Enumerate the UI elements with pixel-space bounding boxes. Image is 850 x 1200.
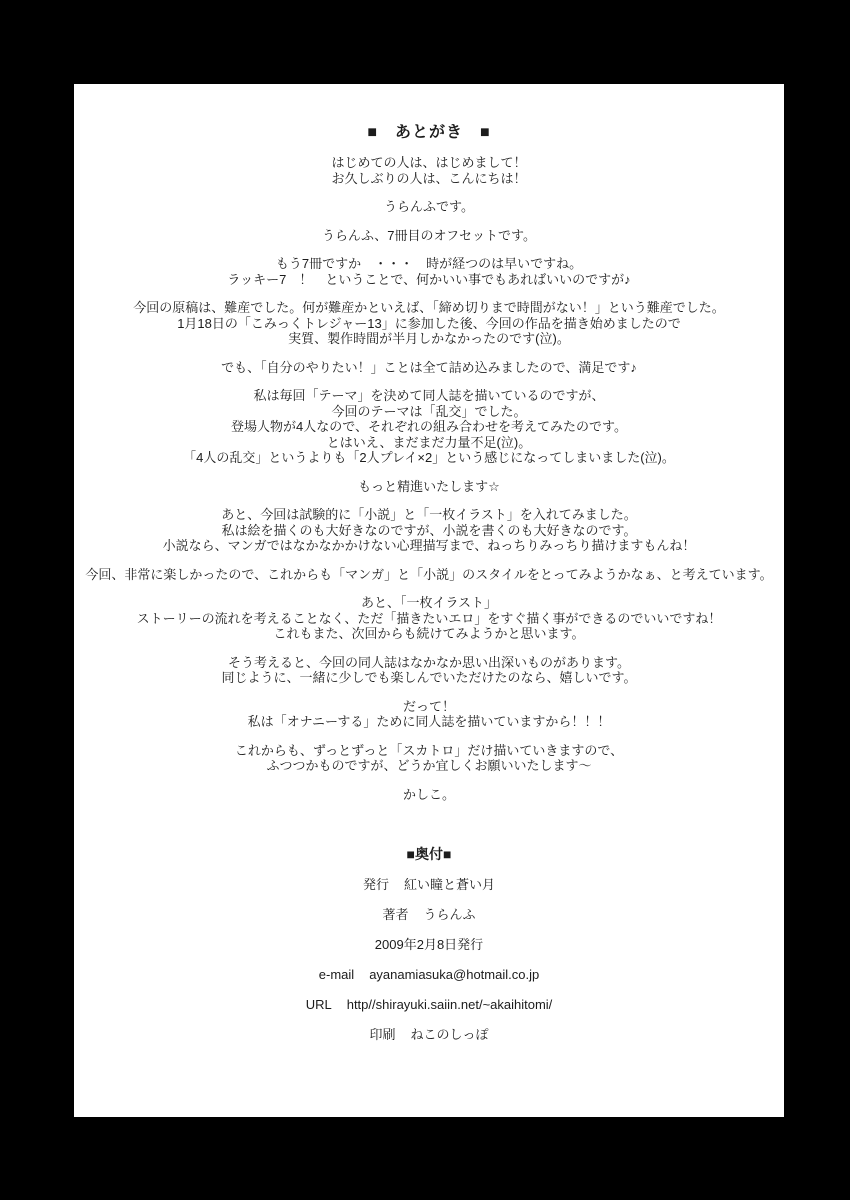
text-line: 今回のテーマは「乱交」でした。 xyxy=(74,404,784,420)
text-line: あと、「一枚イラスト」 xyxy=(74,595,784,611)
paragraph: 今回、非常に楽しかったので、これからも「マンガ」と「小説」のスタイルをとってみよ… xyxy=(74,567,784,583)
colophon-label: e-mail xyxy=(319,967,354,982)
paragraph: 私は毎回「テーマ」を決めて同人誌を描いているのですが、今回のテーマは「乱交」でし… xyxy=(74,388,784,466)
paragraph: だって！私は「オナニーする」ために同人誌を描いていますから！！！ xyxy=(74,699,784,730)
text-line: とはいえ、まだまだ力量不足(泣)。 xyxy=(74,435,784,451)
text-line: うらんふです。 xyxy=(74,199,784,215)
afterword-page: ■ あとがき ■ はじめての人は、はじめまして！お久しぶりの人は、こんにちは！う… xyxy=(74,84,784,1117)
colophon-row: 発行紅い瞳と蒼い月 xyxy=(74,877,784,892)
colophon-row: 印刷ねこのしっぽ xyxy=(74,1027,784,1042)
colophon-value: 2009年2月8日発行 xyxy=(375,937,483,952)
text-line: ふつつかものですが、どうか宜しくお願いいたします～ xyxy=(74,758,784,774)
colophon-row: 著者うらんふ xyxy=(74,907,784,922)
text-line: 登場人物が4人なので、それぞれの組み合わせを考えてみたのです。 xyxy=(74,419,784,435)
paragraph: これからも、ずっとずっと「スカトロ」だけ描いていきますので、ふつつかものですが、… xyxy=(74,743,784,774)
text-line: はじめての人は、はじめまして！ xyxy=(74,155,784,171)
colophon-label: 著者 xyxy=(382,907,408,922)
text-line: ラッキー7 ！ ということで、何かいい事でもあればいいのですが♪ xyxy=(74,272,784,288)
colophon-row: e-mailayanamiasuka@hotmail.co.jp xyxy=(74,967,784,982)
text-line: 今回、非常に楽しかったので、これからも「マンガ」と「小説」のスタイルをとってみよ… xyxy=(74,567,784,583)
colophon-value: http//shirayuki.saiin.net/~akaihitomi/ xyxy=(347,997,553,1012)
colophon-label: URL xyxy=(306,997,332,1012)
paragraph: でも、「自分のやりたい！」ことは全て詰め込みましたので、満足です♪ xyxy=(74,360,784,376)
colophon-row: 2009年2月8日発行 xyxy=(74,937,784,952)
text-line: うらんふ、7冊目のオフセットです。 xyxy=(74,228,784,244)
text-line: 同じように、一緒に少しでも楽しんでいただけたのなら、嬉しいです。 xyxy=(74,670,784,686)
paragraph: もう7冊ですか ・・・ 時が経つのは早いですね。ラッキー7 ！ ということで、何… xyxy=(74,256,784,287)
paragraph: もっと精進いたします☆ xyxy=(74,479,784,495)
text-line: そう考えると、今回の同人誌はなかなか思い出深いものがあります。 xyxy=(74,655,784,671)
paragraph: 今回の原稿は、難産でした。何が難産かといえば、「締め切りまで時間がない！」という… xyxy=(74,300,784,347)
text-line: もう7冊ですか ・・・ 時が経つのは早いですね。 xyxy=(74,256,784,272)
text-line: 私は「オナニーする」ために同人誌を描いていますから！！！ xyxy=(74,714,784,730)
text-line: お久しぶりの人は、こんにちは！ xyxy=(74,171,784,187)
text-line: これからも、ずっとずっと「スカトロ」だけ描いていきますので、 xyxy=(74,743,784,759)
text-line: あと、今回は試験的に「小説」と「一枚イラスト」を入れてみました。 xyxy=(74,507,784,523)
text-line: 私は毎回「テーマ」を決めて同人誌を描いているのですが、 xyxy=(74,388,784,404)
paragraph: そう考えると、今回の同人誌はなかなか思い出深いものがあります。同じように、一緒に… xyxy=(74,655,784,686)
text-line: 「4人の乱交」というよりも「2人プレイ×2」という感じになってしまいました(泣)… xyxy=(74,450,784,466)
text-line: これもまた、次回からも続けてみようかと思います。 xyxy=(74,626,784,642)
colophon-rows: 発行紅い瞳と蒼い月著者うらんふ2009年2月8日発行e-mailayanamia… xyxy=(74,877,784,1042)
text-line: 1月18日の「こみっくトレジャー13」に参加した後、今回の作品を描き始めましたの… xyxy=(74,316,784,332)
paragraph: うらんふ、7冊目のオフセットです。 xyxy=(74,228,784,244)
colophon-row: URLhttp//shirayuki.saiin.net/~akaihitomi… xyxy=(74,997,784,1012)
text-line: だって！ xyxy=(74,699,784,715)
afterword-title: ■ あとがき ■ xyxy=(74,124,784,142)
text-line: 今回の原稿は、難産でした。何が難産かといえば、「締め切りまで時間がない！」という… xyxy=(74,300,784,316)
text-line: 実質、製作時間が半月しかなかったのです(泣)。 xyxy=(74,331,784,347)
colophon-section: ■奥付■ 発行紅い瞳と蒼い月著者うらんふ2009年2月8日発行e-mailaya… xyxy=(74,846,784,1042)
text-line: 私は絵を描くのも大好きなのですが、小説を書くのも大好きなのです。 xyxy=(74,523,784,539)
paragraph: はじめての人は、はじめまして！お久しぶりの人は、こんにちは！ xyxy=(74,155,784,186)
colophon-label: 発行 xyxy=(363,877,389,892)
afterword-body: はじめての人は、はじめまして！お久しぶりの人は、こんにちは！うらんふです。うらん… xyxy=(74,155,784,802)
text-line: かしこ。 xyxy=(74,787,784,803)
text-line: もっと精進いたします☆ xyxy=(74,479,784,495)
text-line: 小説なら、マンガではなかなかかけない心理描写まで、ねっちりみっちり描けますもんね… xyxy=(74,538,784,554)
paragraph: かしこ。 xyxy=(74,787,784,803)
colophon-value: 紅い瞳と蒼い月 xyxy=(404,877,495,892)
text-line: でも、「自分のやりたい！」ことは全て詰め込みましたので、満足です♪ xyxy=(74,360,784,376)
paragraph: うらんふです。 xyxy=(74,199,784,215)
paragraph: あと、今回は試験的に「小説」と「一枚イラスト」を入れてみました。私は絵を描くのも… xyxy=(74,507,784,554)
text-line: ストーリーの流れを考えることなく、ただ「描きたいエロ」をすぐ描く事ができるのでい… xyxy=(74,611,784,627)
colophon-value: ayanamiasuka@hotmail.co.jp xyxy=(369,967,539,982)
colophon-label: 印刷 xyxy=(369,1027,395,1042)
colophon-value: ねこのしっぽ xyxy=(411,1027,489,1042)
paragraph: あと、「一枚イラスト」ストーリーの流れを考えることなく、ただ「描きたいエロ」をす… xyxy=(74,595,784,642)
page-background: ■ あとがき ■ はじめての人は、はじめまして！お久しぶりの人は、こんにちは！う… xyxy=(0,0,850,1200)
colophon-title: ■奥付■ xyxy=(74,846,784,862)
colophon-value: うらんふ xyxy=(424,907,476,922)
